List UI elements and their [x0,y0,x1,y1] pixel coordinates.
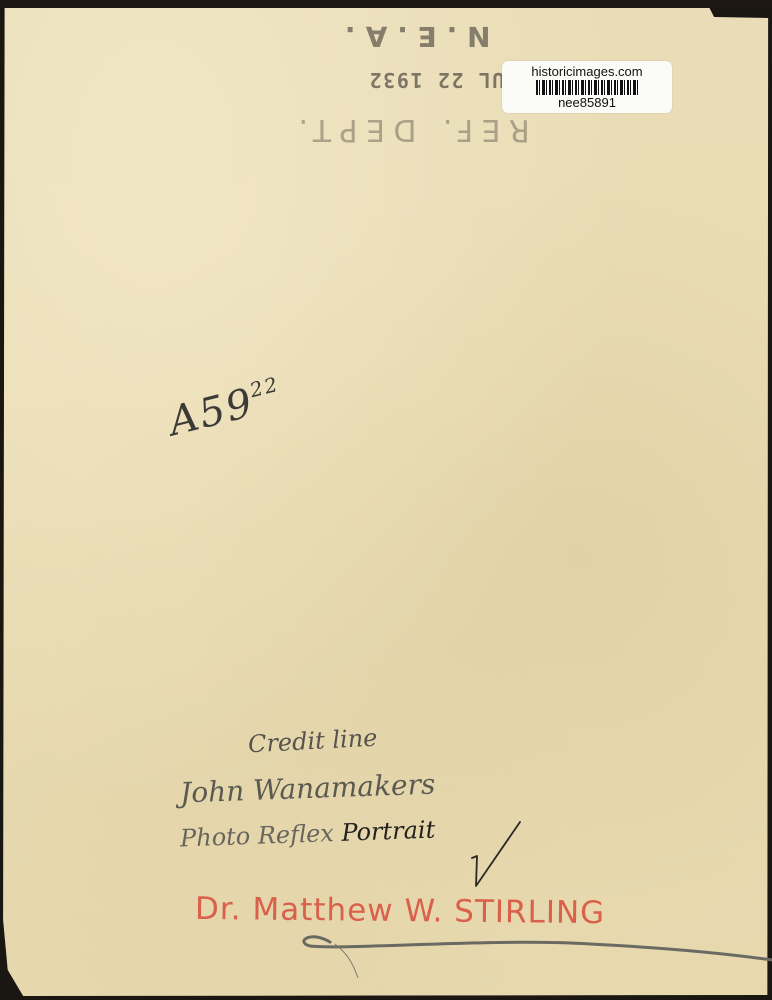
label-code-text: nee85891 [502,95,672,110]
credit-detail-ink: Portrait [341,816,436,847]
inventory-label: historicimages.com nee85891 [502,61,672,113]
agency-stamp: N.E.A. [335,20,490,53]
barcode-icon [536,80,640,95]
credit-detail-pencil: Photo Reflex [180,819,335,852]
label-site-text: historicimages.com [502,64,672,79]
check-mark-icon [468,820,528,890]
scan-edge-shadow [0,0,772,8]
photo-back-paper [0,0,772,1000]
pencil-underline [290,920,772,980]
department-stamp: REF. DEPT. [290,112,530,147]
date-stamp: JUL 22 1932 [368,68,518,92]
